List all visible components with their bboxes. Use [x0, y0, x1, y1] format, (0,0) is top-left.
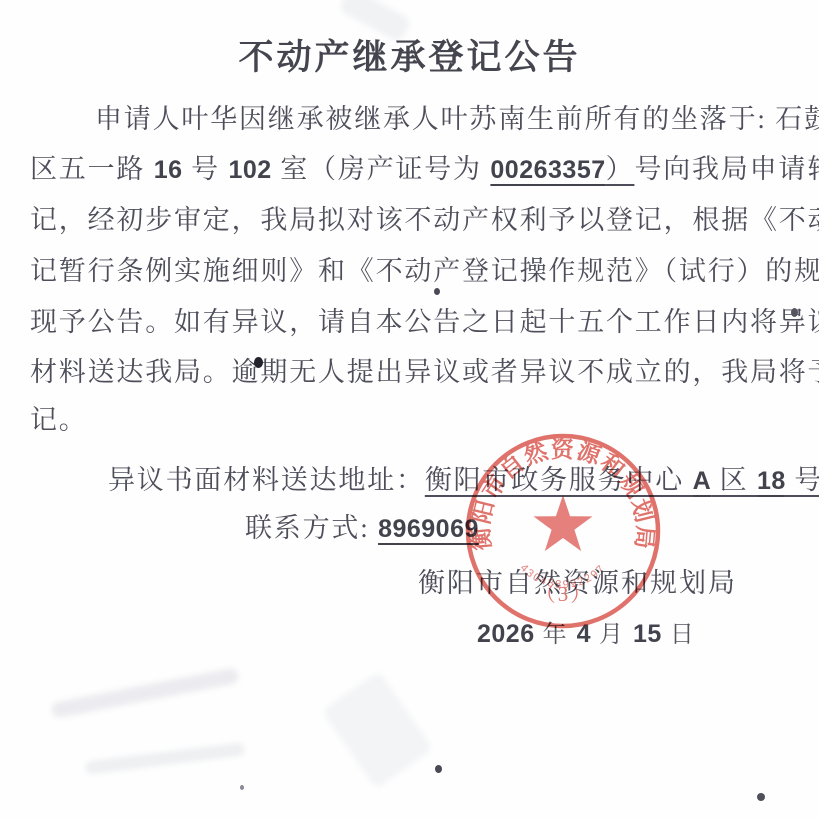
text-segment: 2026 [477, 620, 535, 648]
ink-speck [791, 308, 798, 317]
text-segment: 室（房产证号为 [272, 154, 491, 184]
text-segment: 现予公告。如有异议，请自本公告之日起十五个工作日内将异议书面 [30, 307, 819, 337]
text-segment: 15 [633, 620, 662, 648]
scanned-document-page: 不动产继承登记公告 申请人叶华因继承被继承人叶苏南生前所有的坐落于: 石鼓 区五… [0, 0, 819, 819]
contact-phone-line: 联系方式: 8969069 [245, 506, 479, 545]
text-segment: 月 [591, 622, 633, 648]
text-segment: 18 [757, 467, 786, 495]
text-segment: 号 [183, 154, 229, 184]
text-segment: 号窗口 [786, 465, 819, 495]
text-segment: 号向我局申请转移登 [634, 154, 819, 184]
text-segment: 异议书面材料送达地址： [108, 465, 425, 495]
paper-smudge [50, 667, 240, 719]
text-segment: 记，经初步审定，我局拟对该不动产权利予以登记，根据《不动产登 [30, 205, 819, 235]
ink-speck [240, 785, 244, 790]
seal-star-icon [534, 495, 593, 551]
text-segment: 00263357 [490, 156, 605, 184]
document-title: 不动产继承登记公告 [0, 30, 819, 80]
body-line-3: 记，经初步审定，我局拟对该不动产权利予以登记，根据《不动产登 [30, 198, 819, 237]
text-segment: 区五一路 [30, 154, 154, 184]
text-segment: 8969069 [378, 515, 479, 543]
text-segment: 16 [154, 156, 183, 184]
text-segment: A [693, 467, 712, 495]
ink-speck [757, 793, 765, 801]
paper-smudge [322, 671, 434, 789]
ink-speck [435, 765, 442, 773]
ink-speck [434, 288, 440, 295]
text-segment: 日 [662, 622, 696, 648]
text-segment: 区 [711, 465, 757, 495]
text-segment: 记暂行条例实施细则》和《不动产登记操作规范》（试行）的规定， [30, 256, 819, 286]
issue-date-line: 2026 年 4 月 15 日 [477, 614, 696, 649]
text-segment: 年 [535, 622, 577, 648]
text-segment: 衡阳市政务服务中心 [425, 465, 693, 495]
ink-speck [254, 357, 263, 368]
body-line-7: 记。 [30, 398, 88, 437]
body-line-5: 现予公告。如有异议，请自本公告之日起十五个工作日内将异议书面 [30, 300, 819, 339]
body-line-1: 申请人叶华因继承被继承人叶苏南生前所有的坐落于: 石鼓 [95, 97, 819, 136]
text-segment: 联系方式: [245, 513, 378, 543]
text-segment: 102 [228, 156, 271, 184]
body-line-4: 记暂行条例实施细则》和《不动产登记操作规范》（试行）的规定， [30, 249, 819, 288]
issuer-signature: 衡阳市自然资源和规划局 [418, 561, 737, 600]
body-line-2: 区五一路 16 号 102 室（房产证号为 00263357）号向我局申请转移登 [30, 147, 819, 186]
body-line-6: 材料送达我局。逾期无人提出异议或者异议不成立的，我局将予以登 [30, 350, 819, 389]
text-segment: 材料送达我局。逾期无人提出异议或者异议不成立的，我局将予以登 [30, 357, 819, 387]
text-segment: 4 [577, 620, 591, 648]
text-segment: ） [606, 154, 635, 184]
objection-address-line: 异议书面材料送达地址：衡阳市政务服务中心 A 区 18 号窗口 [108, 458, 819, 497]
text-segment: 申请人叶华因继承被继承人叶苏南生前所有的坐落于: 石鼓 [95, 104, 819, 134]
paper-smudge [85, 742, 245, 774]
text-segment: 记。 [30, 405, 88, 435]
